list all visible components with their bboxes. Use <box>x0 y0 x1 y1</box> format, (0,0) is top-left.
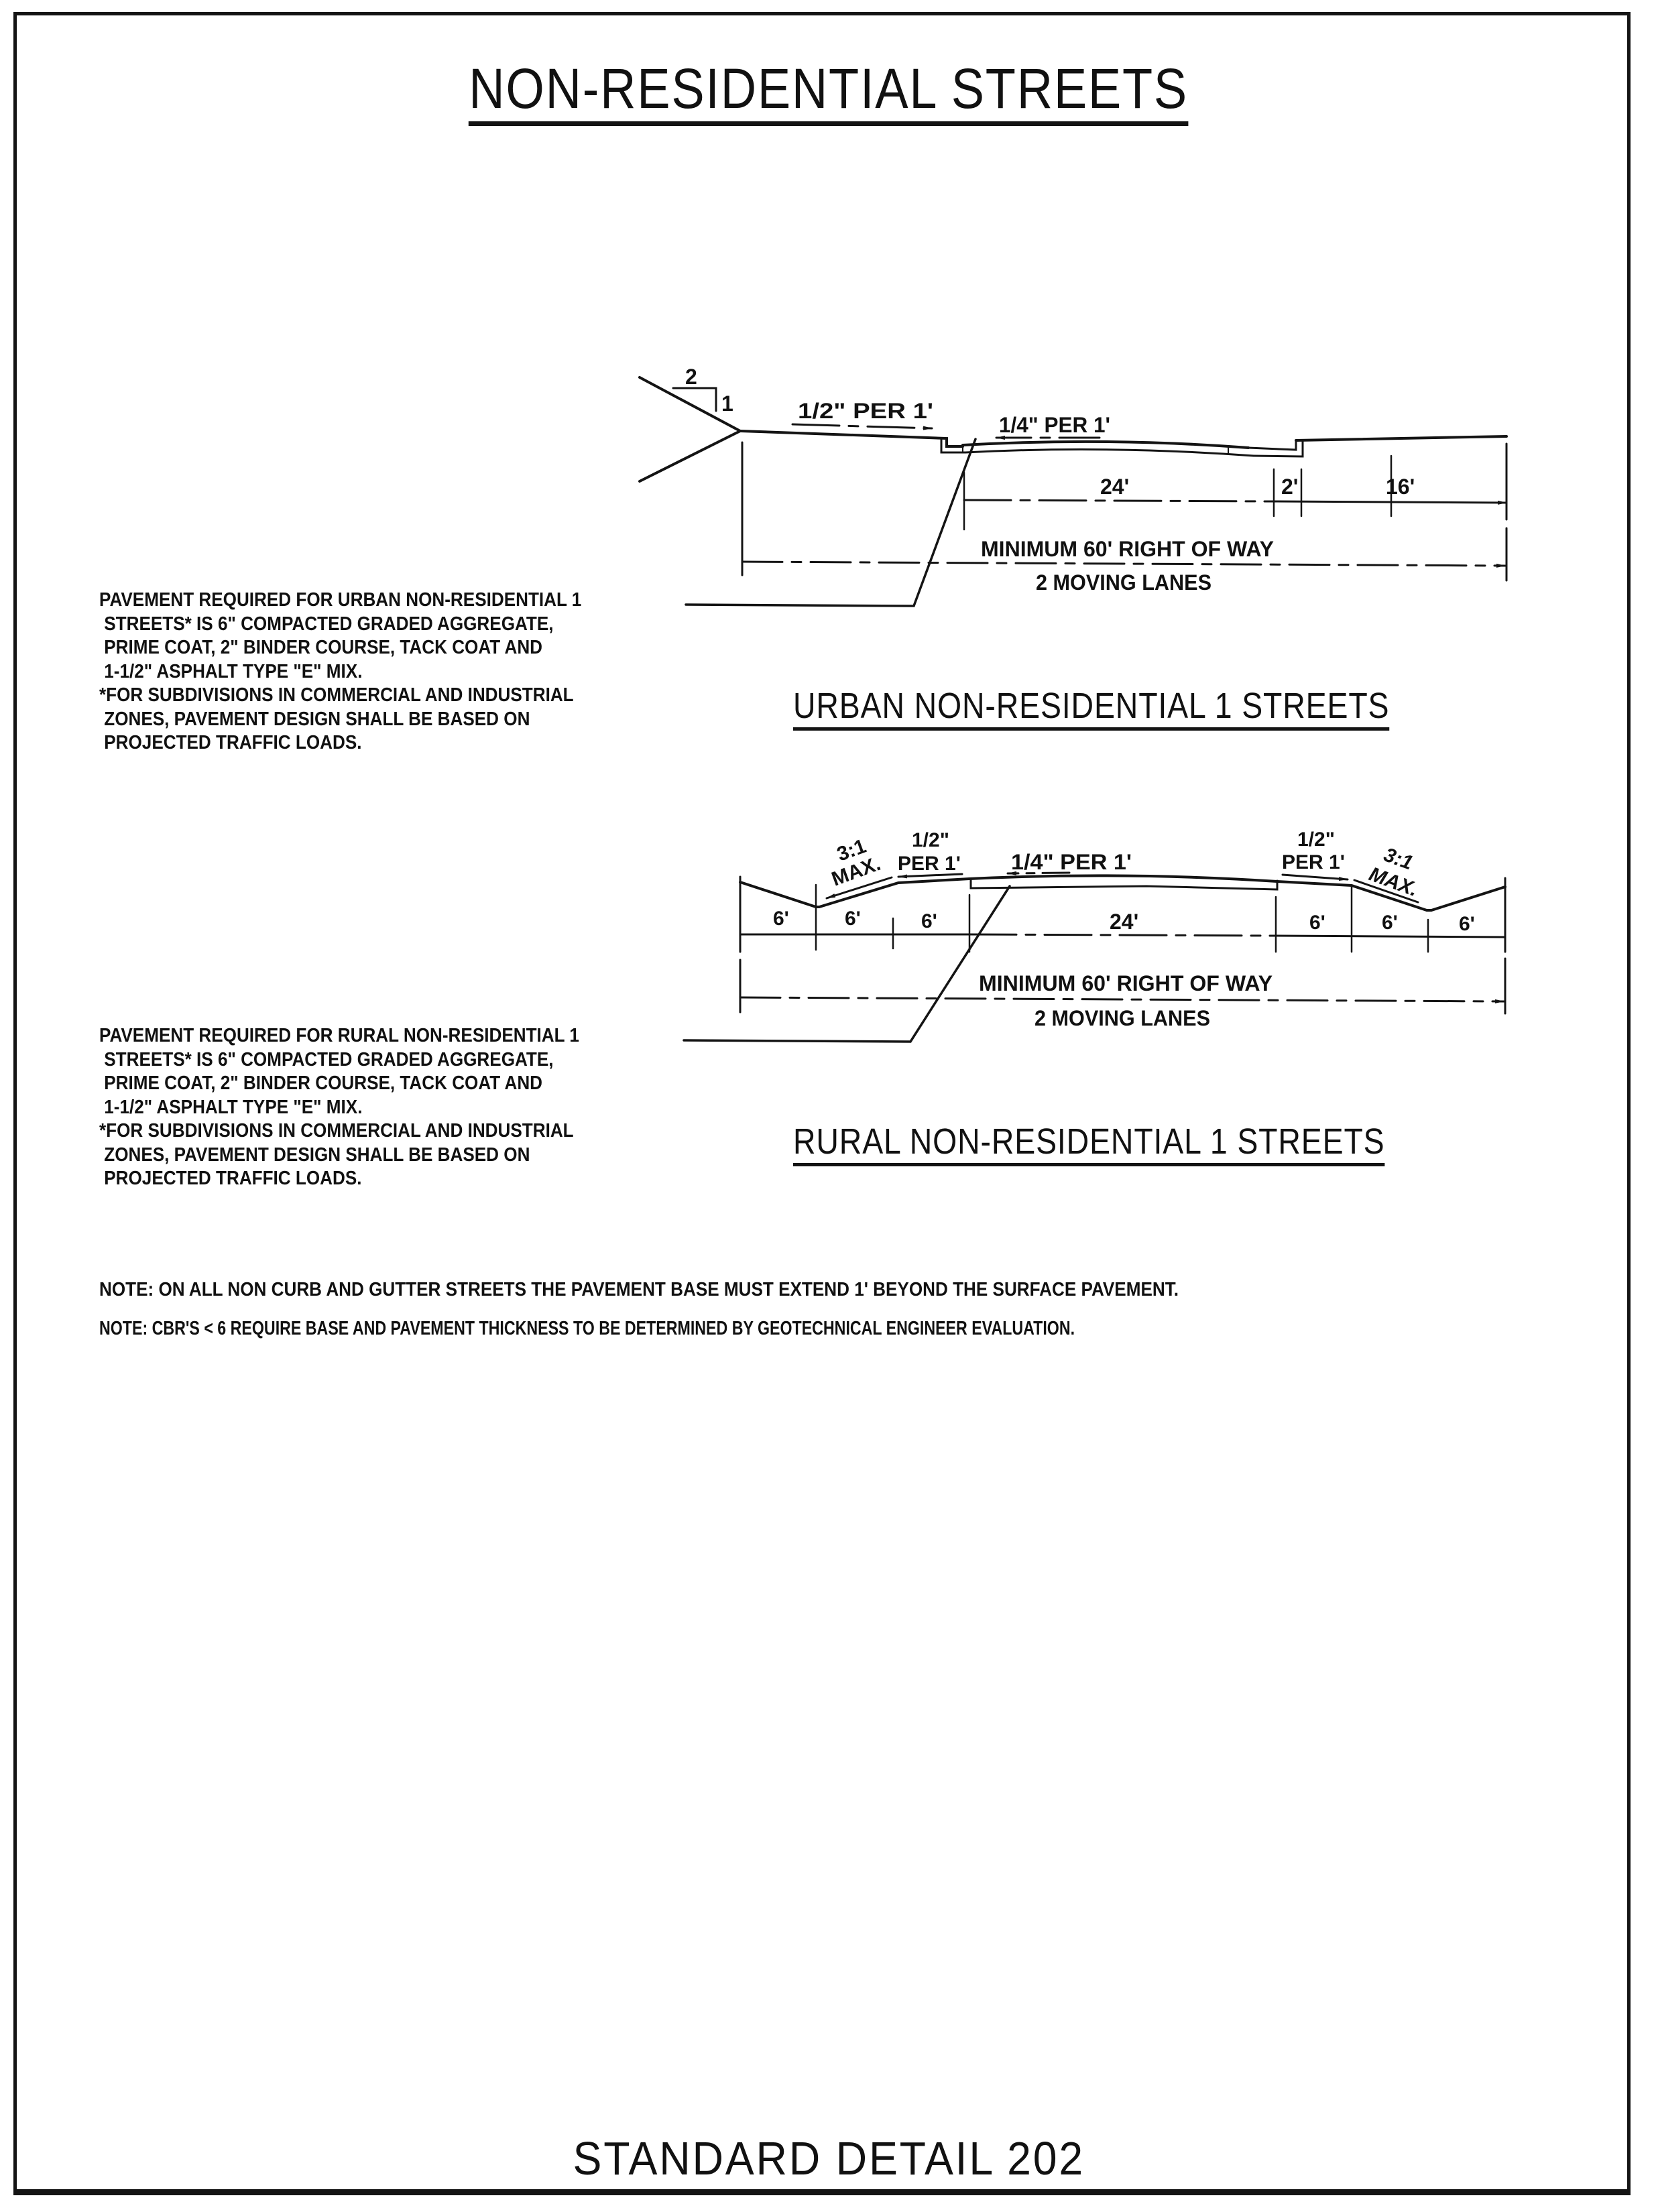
urban-dim-24: 24' <box>1100 475 1129 499</box>
rural-dim-shoulder-left: 6' <box>921 910 937 932</box>
urban-note-leader <box>686 439 975 606</box>
urban-pavement-note: PAVEMENT REQUIRED FOR URBAN NON-RESIDENT… <box>99 589 581 755</box>
note-pavement-base-extension: NOTE: ON ALL NON CURB AND GUTTER STREETS… <box>99 1279 1179 1301</box>
rural-row-label: MINIMUM 60' RIGHT OF WAY <box>979 971 1273 995</box>
urban-left-shoulder <box>740 431 963 446</box>
rural-left-shoulder-slope-unit: PER 1' <box>898 853 961 875</box>
urban-pavement-base <box>965 450 1254 456</box>
urban-shoulder-slope-label: 1/2" PER 1' <box>798 399 933 423</box>
note-cbr-geotechnical: NOTE: CBR'S < 6 REQUIRE BASE AND PAVEMEN… <box>99 1318 1075 1340</box>
rural-pavement-surface <box>969 875 1277 881</box>
rural-pavement-slope-label: 1/4" PER 1' <box>1011 850 1132 874</box>
urban-row-label: MINIMUM 60' RIGHT OF WAY <box>981 537 1274 561</box>
urban-row-dim-line <box>742 562 1505 566</box>
rural-right-shoulder-slope-value: 1/2" <box>1297 828 1335 851</box>
urban-dim-16: 16' <box>1386 475 1415 499</box>
urban-lanes-label: 2 MOVING LANES <box>1036 570 1211 595</box>
slope-rise-label: 1 <box>721 391 733 416</box>
rural-lanes-label: 2 MOVING LANES <box>1034 1006 1210 1030</box>
urban-right-shoulder <box>1296 436 1506 440</box>
rural-dim-ditch-right: 6' <box>1459 913 1475 935</box>
urban-dim-line <box>964 500 1274 501</box>
rural-right-shoulder-slope-unit: PER 1' <box>1282 851 1345 873</box>
rural-pavement-base <box>971 879 1277 889</box>
urban-pavement-slope-label: 1/4" PER 1' <box>999 413 1110 437</box>
rural-dim-backslope-left: 6' <box>845 908 861 930</box>
standard-detail-title: STANDARD DETAIL 202 <box>67 2132 1590 2185</box>
urban-section-title-text: URBAN NON-RESIDENTIAL 1 STREETS <box>793 686 1389 731</box>
rural-dim-pavement: 24' <box>1110 910 1138 934</box>
rural-dim-ditch-left: 6' <box>773 908 789 930</box>
urban-backslope-lower <box>640 431 740 481</box>
rural-row-dim-line <box>740 997 1504 1001</box>
rural-section-title-text: RURAL NON-RESIDENTIAL 1 STREETS <box>793 1121 1385 1166</box>
rural-left-shoulder-slope-value: 1/2" <box>912 829 949 851</box>
urban-labels: 2 1 1/2" PER 1' 1/4" PER 1' 24' 2' 16' M… <box>685 365 1415 595</box>
rural-dim-backslope-right: 6' <box>1382 912 1398 934</box>
standard-detail-title-text: STANDARD DETAIL 202 <box>573 2132 1084 2186</box>
rural-pavement-note: PAVEMENT REQUIRED FOR RURAL NON-RESIDENT… <box>99 1024 579 1191</box>
bottom-rule <box>13 2191 1631 2195</box>
urban-pavement-surface <box>963 442 1248 448</box>
urban-dim-2: 2' <box>1281 475 1298 499</box>
rural-dim-shoulder-right: 6' <box>1309 912 1325 934</box>
slope-run-label: 2 <box>685 365 697 389</box>
rural-section-title: RURAL NON-RESIDENTIAL 1 STREETS <box>793 1121 1385 1162</box>
urban-section-title: URBAN NON-RESIDENTIAL 1 STREETS <box>793 685 1389 727</box>
